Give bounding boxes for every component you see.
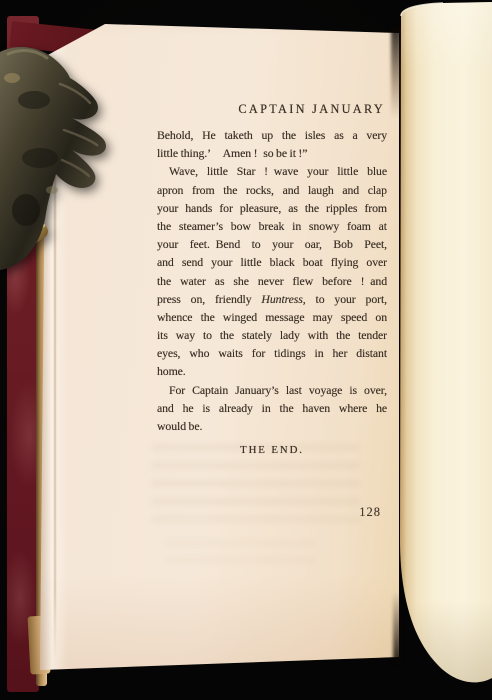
show-through-text-smudge <box>166 540 316 574</box>
text-line: home. <box>157 362 387 380</box>
text-line: For Captain January’s last voyage is ove… <box>157 381 387 399</box>
text-line: press on, friendly Huntress, to your por… <box>157 290 387 308</box>
metal-clasp <box>0 40 118 272</box>
text-line: and he is already in the haven where he <box>157 399 387 417</box>
text-line: would be. <box>157 417 387 435</box>
text-line: apron from the rocks, and laugh and clap <box>157 181 387 199</box>
text-line: Behold, He taketh up the isles as a very <box>157 126 387 144</box>
text-line: Wave, little Star ! wave your little blu… <box>157 162 387 180</box>
text-column: CAPTAIN JANUARY Behold, He taketh up the… <box>157 102 387 520</box>
text-line: the water as she never flew before ! and <box>157 272 387 290</box>
page-number: 128 <box>157 505 387 520</box>
the-end-label: THE END. <box>157 444 387 456</box>
running-header: CAPTAIN JANUARY <box>157 102 387 117</box>
text-line: its way to the stately lady with the ten… <box>157 326 387 344</box>
text-lines: Behold, He taketh up the isles as a very… <box>157 126 387 435</box>
text-line: eyes, who waits for tidings in her dista… <box>157 344 387 362</box>
book-photo: CAPTAIN JANUARY Behold, He taketh up the… <box>0 0 492 700</box>
text-line: the steamer’s bow break in snowy foam at <box>157 217 387 235</box>
facing-page-curl <box>395 0 492 692</box>
text-line: your hands for pleasure, as the ripples … <box>157 199 387 217</box>
text-line: little thing.’ Amen ! so be it !” <box>157 144 387 162</box>
text-line: whence the winged message may speed on <box>157 308 387 326</box>
text-line: and send your little black boat flying o… <box>157 253 387 271</box>
text-line: your feet. Bend to your oar, Bob Peet, <box>157 235 387 253</box>
